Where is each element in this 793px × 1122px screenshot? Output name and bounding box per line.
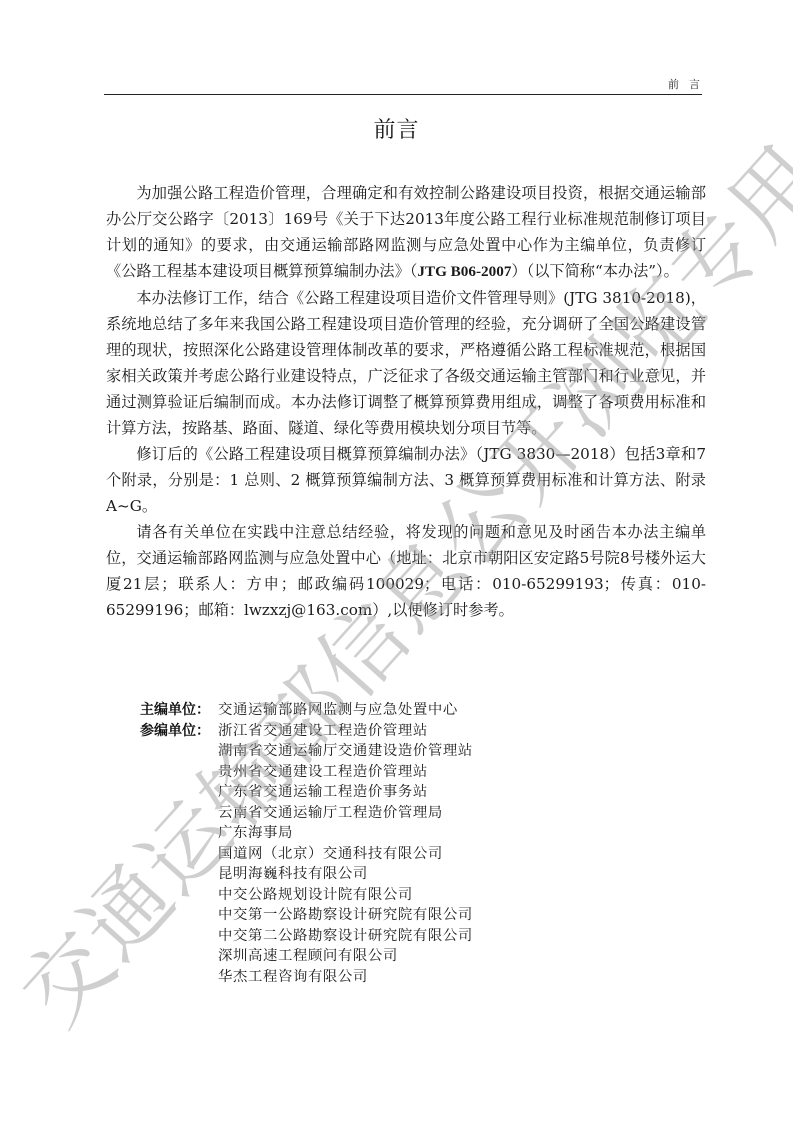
participating-editors-label: 参编单位：: [140, 721, 218, 988]
participating-unit: 云南省交通运输厅工程造价管理局: [218, 803, 473, 824]
paragraph-4: 请各有关单位在实践中注意总结经验，将发现的问题和意见及时函告本办法主编单位，交通…: [106, 519, 706, 623]
running-header: 前言: [104, 74, 702, 95]
participating-editors-row: 参编单位： 浙江省交通建设工程造价管理站 湖南省交通运输厅交通建设造价管理站 贵…: [140, 721, 640, 988]
paragraph-1: 为加强公路工程造价管理，合理确定和有效控制公路建设项目投资，根据交通运输部办公厅…: [106, 180, 706, 285]
participating-unit: 昆明海巍科技有限公司: [218, 864, 473, 885]
participating-editors-list: 浙江省交通建设工程造价管理站 湖南省交通运输厅交通建设造价管理站 贵州省交通建设…: [218, 721, 473, 988]
running-header-text: 前言: [668, 76, 710, 92]
participating-unit: 中交第二公路勘察设计研究院有限公司: [218, 926, 473, 947]
participating-unit: 中交公路规划设计院有限公司: [218, 885, 473, 906]
participating-unit: 深圳高速工程顾问有限公司: [218, 946, 473, 967]
document-page: 前言 前言 为加强公路工程造价管理，合理确定和有效控制公路建设项目投资，根据交通…: [0, 0, 793, 1122]
credits-section: 主编单位： 交通运输部路网监测与应急处置中心 参编单位： 浙江省交通建设工程造价…: [140, 700, 640, 987]
chief-editor-list: 交通运输部路网监测与应急处置中心: [218, 700, 458, 721]
chief-editor-unit: 交通运输部路网监测与应急处置中心: [218, 700, 458, 721]
participating-unit: 湖南省交通运输厅交通建设造价管理站: [218, 741, 473, 762]
participating-unit: 广东省交通运输工程造价事务站: [218, 782, 473, 803]
participating-unit: 华杰工程咨询有限公司: [218, 967, 473, 988]
chief-editor-label: 主编单位：: [140, 700, 218, 721]
paragraph-3: 修订后的《公路工程建设项目概算预算编制办法》（JTG 3830—2018）包括3…: [106, 441, 706, 519]
participating-unit: 广东海事局: [218, 823, 473, 844]
standard-code: JTG B06-2007: [417, 263, 511, 280]
participating-unit: 国道网（北京）交通科技有限公司: [218, 844, 473, 865]
page-title: 前言: [0, 113, 793, 144]
body-text: 为加强公路工程造价管理，合理确定和有效控制公路建设项目投资，根据交通运输部办公厅…: [106, 180, 706, 623]
chief-editor-row: 主编单位： 交通运输部路网监测与应急处置中心: [140, 700, 640, 721]
participating-unit: 贵州省交通建设工程造价管理站: [218, 762, 473, 783]
participating-unit: 浙江省交通建设工程造价管理站: [218, 721, 473, 742]
paragraph-2: 本办法修订工作，结合《公路工程建设项目造价文件管理导则》(JTG 3810-20…: [106, 285, 706, 441]
participating-unit: 中交第一公路勘察设计研究院有限公司: [218, 905, 473, 926]
